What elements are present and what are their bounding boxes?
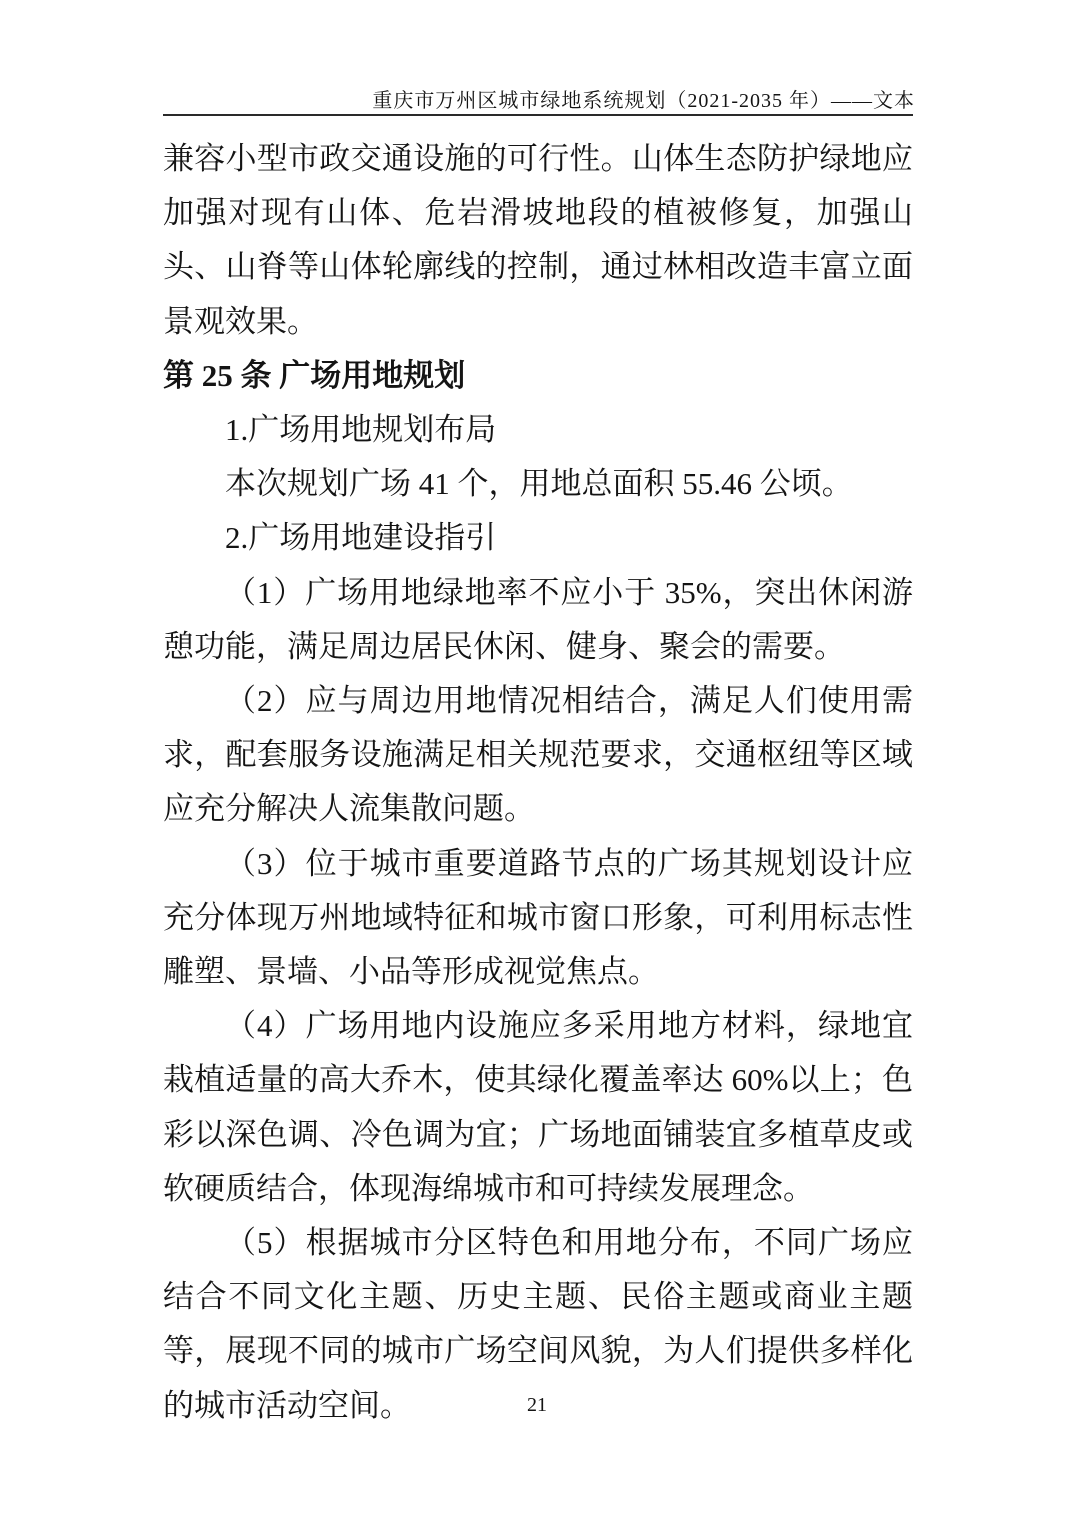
document-body: 兼容小型市政交通设施的可行性。山体生态防护绿地应加强对现有山体、危岩滑坡地段的植… <box>163 132 913 1433</box>
page-number: 21 <box>527 1394 547 1416</box>
paragraph-item-3: （3）位于城市重要道路节点的广场其规划设计应充分体现万州地域特征和城市窗口形象，… <box>163 837 913 1000</box>
paragraph-subsection-2: 2.广场用地建设指引 <box>163 511 913 565</box>
paragraph-item-1: （1）广场用地绿地率不应小于 35%，突出休闲游憩功能，满足周边居民休闲、健身、… <box>163 566 913 674</box>
header-title: 重庆市万州区城市绿地系统规划（2021-2035 年）——文本 <box>372 90 915 112</box>
page-footer: 21 <box>0 1394 1074 1417</box>
paragraph-subsection-1: 1.广场用地规划布局 <box>163 403 913 457</box>
document-page: 重庆市万州区城市绿地系统规划（2021-2035 年）——文本 兼容小型市政交通… <box>0 0 1074 1520</box>
paragraph-continuation: 兼容小型市政交通设施的可行性。山体生态防护绿地应加强对现有山体、危岩滑坡地段的植… <box>163 132 913 349</box>
paragraph-plaza-total: 本次规划广场 41 个，用地总面积 55.46 公顷。 <box>163 457 913 511</box>
paragraph-item-2: （2）应与周边用地情况相结合，满足人们使用需求，配套服务设施满足相关规范要求，交… <box>163 674 913 837</box>
article-heading: 第 25 条 广场用地规划 <box>163 349 913 403</box>
page-header: 重庆市万州区城市绿地系统规划（2021-2035 年）——文本 <box>163 84 915 113</box>
paragraph-item-4: （4）广场用地内设施应多采用地方材料，绿地宜栽植适量的高大乔木，使其绿化覆盖率达… <box>163 999 913 1216</box>
header-rule <box>163 114 913 116</box>
